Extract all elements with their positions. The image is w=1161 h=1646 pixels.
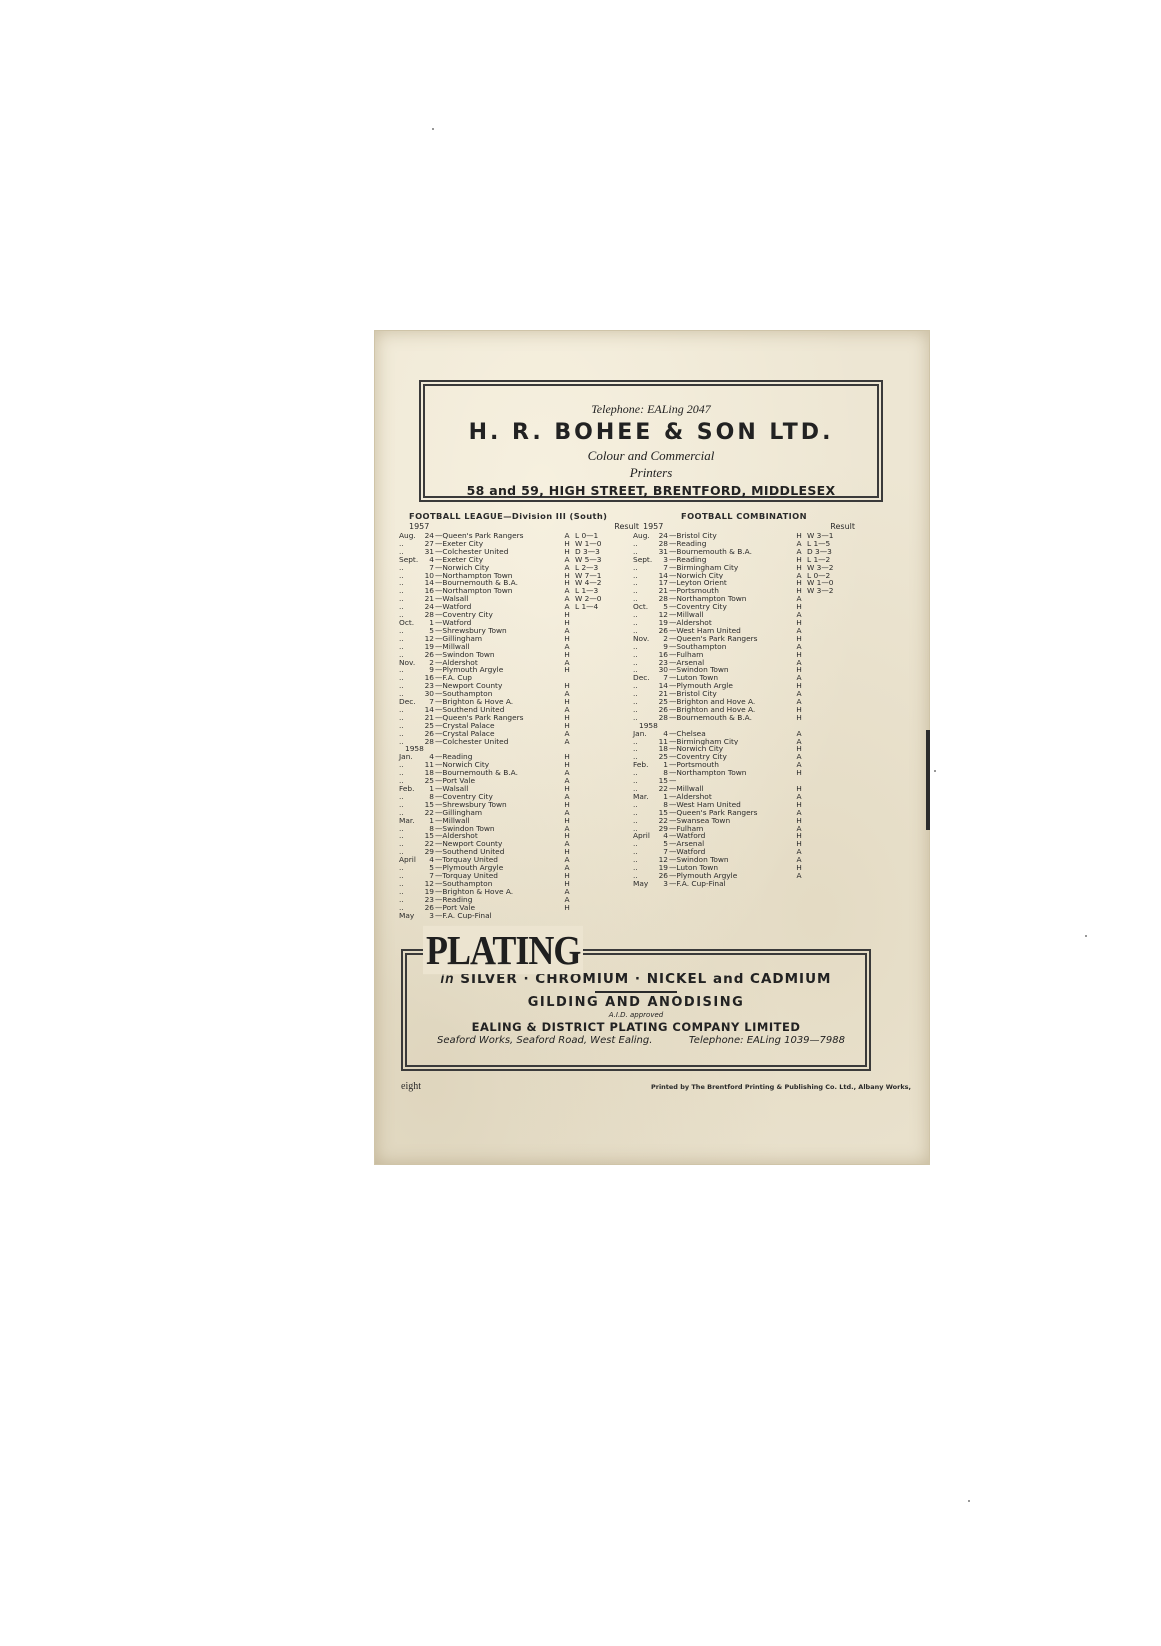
plating-company: EALING & DISTRICT PLATING COMPANY LIMITE… xyxy=(407,1020,865,1034)
fixture-opponent: —Queen's Park Rangers xyxy=(668,809,791,817)
fixture-opponent: —Reading xyxy=(668,540,791,548)
fixture-opponent: —F.A. Cup-Final xyxy=(434,912,559,920)
fixture-result xyxy=(575,888,611,896)
speck xyxy=(1085,935,1087,937)
fixture-opponent: —Aldershot xyxy=(668,619,791,627)
fixture-result xyxy=(807,856,843,864)
fixture-row: Feb.1—WalsallH xyxy=(399,785,639,793)
fixture-row: ..26—Port ValeH xyxy=(399,904,639,912)
fixture-opponent: —Coventry City xyxy=(668,603,791,611)
fixture-opponent: —Colchester United xyxy=(434,738,559,746)
fixture-opponent: —Walsall xyxy=(434,595,559,603)
fixture-opponent: —Plymouth Argyle xyxy=(668,872,791,880)
fixture-result xyxy=(575,730,611,738)
fixture-venue: A xyxy=(559,738,575,746)
fixture-opponent: —F.A. Cup xyxy=(434,674,559,682)
fixture-opponent: —Reading xyxy=(668,556,791,564)
fixture-result xyxy=(575,627,611,635)
fixture-row: ..8—Swindon TownA xyxy=(399,825,639,833)
fixture-day: 3 xyxy=(421,912,434,920)
fixture-result xyxy=(807,595,843,603)
fixture-opponent: —Arsenal xyxy=(668,659,791,667)
combination-result-header: Result xyxy=(830,522,855,532)
fixture-row: ..12—SouthamptonH xyxy=(399,880,639,888)
fixture-day: 3 xyxy=(655,880,668,888)
fixture-result xyxy=(575,848,611,856)
fixture-result xyxy=(575,659,611,667)
fixture-venue: H xyxy=(791,714,807,722)
fixture-result xyxy=(575,840,611,848)
programme-page: Telephone: EALing 2047 H. R. BOHEE & SON… xyxy=(374,330,930,1165)
fixture-venue: H xyxy=(559,904,575,912)
fixture-row: ..15—Shrewsbury TownH xyxy=(399,801,639,809)
fixture-opponent: —Plymouth Argle xyxy=(668,682,791,690)
fixture-result xyxy=(575,880,611,888)
fixture-result xyxy=(807,651,843,659)
fixture-opponent: —Northampton Town xyxy=(668,595,791,603)
year-row: 1958 xyxy=(399,745,639,753)
fixture-row: ..23—Newport CountyH xyxy=(399,682,639,690)
fixture-opponent: —Millwall xyxy=(434,817,559,825)
fixture-result xyxy=(807,738,843,746)
fixture-opponent: —Luton Town xyxy=(668,864,791,872)
fixture-result xyxy=(575,777,611,785)
fixture-result xyxy=(575,793,611,801)
fixture-result xyxy=(575,714,611,722)
fixture-result xyxy=(807,793,843,801)
fixture-opponent: —Southend United xyxy=(434,706,559,714)
fixture-row: ..24—WatfordAL 1—4 xyxy=(399,603,639,611)
fixture-opponent: —Queen's Park Rangers xyxy=(668,635,791,643)
fixture-opponent: —Brighton and Hove A. xyxy=(668,698,791,706)
fixture-row: ..27—Exeter CityHW 1—0 xyxy=(399,540,639,548)
fixture-result xyxy=(807,848,843,856)
fixture-opponent: —Swindon Town xyxy=(434,825,559,833)
fixture-opponent: —Millwall xyxy=(668,785,791,793)
speck xyxy=(968,1500,970,1502)
fixture-result xyxy=(807,832,843,840)
fixture-opponent: —Brighton & Hove A. xyxy=(434,698,559,706)
fixture-row: May3—F.A. Cup-Final xyxy=(399,912,639,920)
advert-line1: Colour and Commercial xyxy=(425,449,877,462)
plating-address: Seaford Works, Seaford Road, West Ealing… xyxy=(437,1035,652,1046)
fixture-result xyxy=(575,769,611,777)
fixture-opponent: —Coventry City xyxy=(668,753,791,761)
fixture-month: May xyxy=(633,880,655,888)
fixture-opponent: —Coventry City xyxy=(434,793,559,801)
fixture-result xyxy=(575,864,611,872)
fixture-row: Aug.24—Queen's Park RangersAL 0—1 xyxy=(399,532,639,540)
fixture-opponent: —West Ham United xyxy=(668,627,791,635)
fixture-result xyxy=(807,682,843,690)
fixture-opponent: —Millwall xyxy=(434,643,559,651)
fixture-row: ..31—Colchester UnitedHD 3—3 xyxy=(399,548,639,556)
fixture-opponent: —Aldershot xyxy=(668,793,791,801)
fixture-opponent: —Queen's Park Rangers xyxy=(434,532,559,540)
fixture-opponent: —Torquay United xyxy=(434,856,559,864)
fixture-result xyxy=(807,785,843,793)
fixture-result xyxy=(807,872,843,880)
fixture-opponent: —Crystal Palace xyxy=(434,722,559,730)
fixture-result xyxy=(807,801,843,809)
fixture-opponent: —Portsmouth xyxy=(668,587,791,595)
fixture-row: ..19—MillwallA xyxy=(399,643,639,651)
fixture-opponent: —Leyton Orient xyxy=(668,579,791,587)
fixture-result xyxy=(807,643,843,651)
fixture-opponent: —Swindon Town xyxy=(668,666,791,674)
fixture-opponent: —Brighton & Hove A. xyxy=(434,888,559,896)
fixture-result xyxy=(575,896,611,904)
fixture-opponent: —Reading xyxy=(434,753,559,761)
fixture-opponent: —Northampton Town xyxy=(434,572,559,580)
fixture-opponent: —Port Vale xyxy=(434,777,559,785)
staple xyxy=(926,730,930,830)
fixture-row: ..9—Plymouth ArgyleH xyxy=(399,666,639,674)
fixture-opponent: —Bournemouth & B.A. xyxy=(668,714,791,722)
fixture-result xyxy=(575,809,611,817)
fixture-result xyxy=(807,777,843,785)
fixture-opponent: —Plymouth Argyle xyxy=(434,864,559,872)
fixture-row: ..15—AldershotH xyxy=(399,832,639,840)
fixture-venue xyxy=(791,880,807,888)
fixture-opponent: —Swansea Town xyxy=(668,817,791,825)
fixture-opponent: —Southend United xyxy=(434,848,559,856)
fixture-opponent: —Northampton Town xyxy=(434,587,559,595)
fixture-result xyxy=(575,753,611,761)
fixture-opponent: —Walsall xyxy=(434,785,559,793)
fixture-result xyxy=(575,682,611,690)
fixture-result xyxy=(807,659,843,667)
fixture-row: ..16—Northampton TownAL 1—3 xyxy=(399,587,639,595)
fixture-row: ..28—Colchester UnitedA xyxy=(399,738,639,746)
fixture-opponent: —Portsmouth xyxy=(668,761,791,769)
fixture-row: ..25—Port ValeA xyxy=(399,777,639,785)
fixture-opponent: —Plymouth Argyle xyxy=(434,666,559,674)
fixture-opponent: —Southampton xyxy=(434,880,559,888)
plating-approved: A.I.D. approved xyxy=(407,1011,865,1019)
fixture-result xyxy=(807,603,843,611)
fixture-opponent: —F.A. Cup-Final xyxy=(668,880,791,888)
fixture-opponent: —Torquay United xyxy=(434,872,559,880)
advert-line2: Printers xyxy=(425,466,877,479)
fixture-opponent: —Southampton xyxy=(668,643,791,651)
fixture-row: ..7—Torquay UnitedH xyxy=(399,872,639,880)
fixture-row: Oct.1—WatfordH xyxy=(399,619,639,627)
fixture-opponent: —Coventry City xyxy=(434,611,559,619)
fixture-month: May xyxy=(399,912,421,920)
fixture-result xyxy=(807,690,843,698)
fixture-opponent: —Aldershot xyxy=(434,659,559,667)
fixture-opponent: —Arsenal xyxy=(668,840,791,848)
fixture-row: ..8—Coventry CityA xyxy=(399,793,639,801)
fixture-opponent: —Crystal Palace xyxy=(434,730,559,738)
fixture-row: ..21—Queen's Park RangersH xyxy=(399,714,639,722)
advert-telephone: Telephone: EALing 2047 xyxy=(425,402,877,417)
fixture-result xyxy=(575,722,611,730)
fixture-result xyxy=(575,706,611,714)
fixture-result: W 3—2 xyxy=(807,587,843,595)
combination-fixtures: FOOTBALL COMBINATION 1957 Result Aug.24—… xyxy=(633,511,855,888)
fixture-result xyxy=(807,880,843,888)
fixture-row: ..14—Southend UnitedA xyxy=(399,706,639,714)
league-fixture-list: Aug.24—Queen's Park RangersAL 0—1..27—Ex… xyxy=(399,532,639,919)
fixture-row: ..12—GillinghamH xyxy=(399,635,639,643)
fixture-opponent: —Swindon Town xyxy=(434,651,559,659)
fixture-result xyxy=(575,698,611,706)
fixture-opponent: —Newport County xyxy=(434,682,559,690)
fixture-row: ..11—Norwich CityH xyxy=(399,761,639,769)
fixture-result xyxy=(575,856,611,864)
fixture-result xyxy=(807,666,843,674)
fixture-opponent: —Fulham xyxy=(668,825,791,833)
fixture-result xyxy=(807,864,843,872)
fixture-opponent: — xyxy=(668,777,791,785)
fixture-result xyxy=(807,809,843,817)
fixture-opponent: —Gillingham xyxy=(434,809,559,817)
fixture-opponent: —Watford xyxy=(434,603,559,611)
fixture-result xyxy=(575,761,611,769)
fixture-opponent: —Southampton xyxy=(434,690,559,698)
fixture-opponent: —Shrewsbury Town xyxy=(434,801,559,809)
fixture-venue: H xyxy=(791,769,807,777)
fixture-row: Nov.2—AldershotA xyxy=(399,659,639,667)
fixture-result xyxy=(575,635,611,643)
page-number: eight xyxy=(401,1081,421,1092)
printer-credit: Printed by The Brentford Printing & Publ… xyxy=(651,1083,911,1091)
fixture-opponent: —Reading xyxy=(434,896,559,904)
fixture-opponent: —West Ham United xyxy=(668,801,791,809)
page-footer: eight Printed by The Brentford Printing … xyxy=(401,1081,911,1092)
fixture-opponent: —Norwich City xyxy=(668,572,791,580)
fixture-opponent: —Colchester United xyxy=(434,548,559,556)
fixture-opponent: —Luton Town xyxy=(668,674,791,682)
fixture-venue: H xyxy=(559,666,575,674)
fixture-result xyxy=(807,753,843,761)
fixture-row: ..30—SouthamptonA xyxy=(399,690,639,698)
fixture-opponent: —Queen's Park Rangers xyxy=(434,714,559,722)
fixture-result xyxy=(575,912,611,920)
plating-title: PLATING xyxy=(423,926,583,974)
advert-address: 58 and 59, HIGH STREET, BRENTFORD, MIDDL… xyxy=(425,483,877,498)
fixture-opponent: —Fulham xyxy=(668,651,791,659)
fixture-result xyxy=(575,619,611,627)
fixture-row: ..18—Bournemouth & B.A.A xyxy=(399,769,639,777)
fixture-row: Sept.4—Exeter CityAW 5—3 xyxy=(399,556,639,564)
fixture-row: ..14—Bournemouth & B.A.HW 4—2 xyxy=(399,579,639,587)
fixture-row: ..16—F.A. Cup xyxy=(399,674,639,682)
fixture-row: Jan.4—ReadingH xyxy=(399,753,639,761)
fixture-opponent: —Brighton and Hove A. xyxy=(668,706,791,714)
fixture-result xyxy=(575,611,611,619)
fixture-result xyxy=(575,801,611,809)
fixture-opponent: —Exeter City xyxy=(434,540,559,548)
divider xyxy=(595,991,677,993)
fixture-result xyxy=(807,769,843,777)
fixture-result xyxy=(575,832,611,840)
fixture-venue: A xyxy=(791,872,807,880)
fixture-opponent: —Millwall xyxy=(668,611,791,619)
fixture-row: ..21—WalsallAW 2—0 xyxy=(399,595,639,603)
plating-gilding: GILDING AND ANODISING xyxy=(407,995,865,1010)
fixture-row: Mar.1—MillwallH xyxy=(399,817,639,825)
fixture-row: ..22—Newport CountyA xyxy=(399,840,639,848)
fixture-row: ..5—Plymouth ArgyleA xyxy=(399,864,639,872)
fixture-row: ..19—Brighton & Hove A.A xyxy=(399,888,639,896)
fixture-row: ..28—Bournemouth & B.A.H xyxy=(633,714,855,722)
combination-title: FOOTBALL COMBINATION xyxy=(633,511,855,521)
fixture-result xyxy=(807,706,843,714)
fixture-result xyxy=(575,785,611,793)
league-fixtures: FOOTBALL LEAGUE—Division III (South) 195… xyxy=(399,511,639,919)
speck xyxy=(432,128,434,130)
fixture-row: ..26—Swindon TownH xyxy=(399,651,639,659)
league-title: FOOTBALL LEAGUE—Division III (South) xyxy=(399,511,639,521)
fixture-opponent: —Norwich City xyxy=(668,745,791,753)
fixture-result xyxy=(807,761,843,769)
fixture-opponent: —Swindon Town xyxy=(668,856,791,864)
fixture-opponent: —Watford xyxy=(668,848,791,856)
fixture-opponent: —Bristol City xyxy=(668,690,791,698)
fixture-opponent: —Norwich City xyxy=(434,761,559,769)
fixture-result xyxy=(575,674,611,682)
combination-fixture-list: Aug.24—Bristol CityHW 3—1..28—ReadingAL … xyxy=(633,532,855,888)
fixture-opponent: —Bournemouth & B.A. xyxy=(434,579,559,587)
fixture-opponent: —Port Vale xyxy=(434,904,559,912)
fixture-result: L 1—4 xyxy=(575,603,611,611)
fixture-opponent: —Birmingham City xyxy=(668,738,791,746)
fixture-row: ..26—Crystal PalaceA xyxy=(399,730,639,738)
fixture-opponent: —Gillingham xyxy=(434,635,559,643)
fixture-opponent: —Newport County xyxy=(434,840,559,848)
printer-advert: Telephone: EALing 2047 H. R. BOHEE & SON… xyxy=(419,380,883,502)
fixture-row: Dec.7—Brighton & Hove A.H xyxy=(399,698,639,706)
fixture-result xyxy=(807,817,843,825)
fixture-result xyxy=(575,690,611,698)
fixture-opponent: —Bournemouth & B.A. xyxy=(434,769,559,777)
fixture-opponent: —Bournemouth & B.A. xyxy=(668,548,791,556)
fixture-row: ..22—GillinghamA xyxy=(399,809,639,817)
fixture-row: ..25—Crystal PalaceH xyxy=(399,722,639,730)
fixture-result xyxy=(575,651,611,659)
fixture-result xyxy=(807,619,843,627)
fixture-row: ..23—ReadingA xyxy=(399,896,639,904)
fixture-opponent: —Shrewsbury Town xyxy=(434,627,559,635)
fixture-result xyxy=(807,674,843,682)
fixture-result xyxy=(575,825,611,833)
fixture-result xyxy=(807,611,843,619)
fixture-result xyxy=(807,745,843,753)
fixture-opponent: —Watford xyxy=(668,832,791,840)
fixture-row: ..7—Norwich CityAL 2—3 xyxy=(399,564,639,572)
fixture-opponent: —Exeter City xyxy=(434,556,559,564)
fixture-result xyxy=(807,730,843,738)
fixture-opponent: —Northampton Town xyxy=(668,769,791,777)
fixture-result xyxy=(575,666,611,674)
plating-telephone: Telephone: EALing 1039—7988 xyxy=(689,1035,845,1046)
fixture-opponent: —Watford xyxy=(434,619,559,627)
fixture-result xyxy=(575,872,611,880)
fixture-opponent: —Norwich City xyxy=(434,564,559,572)
fixture-result xyxy=(575,904,611,912)
fixture-result xyxy=(807,635,843,643)
fixture-venue xyxy=(559,912,575,920)
fixture-result xyxy=(807,627,843,635)
fixture-result xyxy=(575,738,611,746)
fixture-row: ..28—Coventry CityH xyxy=(399,611,639,619)
fixture-row: ..5—Shrewsbury TownA xyxy=(399,627,639,635)
fixture-row: April4—Torquay UnitedA xyxy=(399,856,639,864)
speck xyxy=(934,770,936,772)
fixture-result xyxy=(575,643,611,651)
fixture-result xyxy=(807,825,843,833)
fixture-result xyxy=(807,698,843,706)
fixture-opponent: —Birmingham City xyxy=(668,564,791,572)
fixture-opponent: —Bristol City xyxy=(668,532,791,540)
fixture-row: ..29—Southend UnitedH xyxy=(399,848,639,856)
fixture-result xyxy=(807,714,843,722)
fixture-row: May3—F.A. Cup-Final xyxy=(633,880,855,888)
advert-firm-name: H. R. BOHEE & SON LTD. xyxy=(425,420,877,445)
fixture-row: ..10—Northampton TownHW 7—1 xyxy=(399,572,639,580)
fixture-result xyxy=(807,840,843,848)
fixture-opponent: —Aldershot xyxy=(434,832,559,840)
fixture-result xyxy=(575,817,611,825)
fixture-opponent: —Chelsea xyxy=(668,730,791,738)
